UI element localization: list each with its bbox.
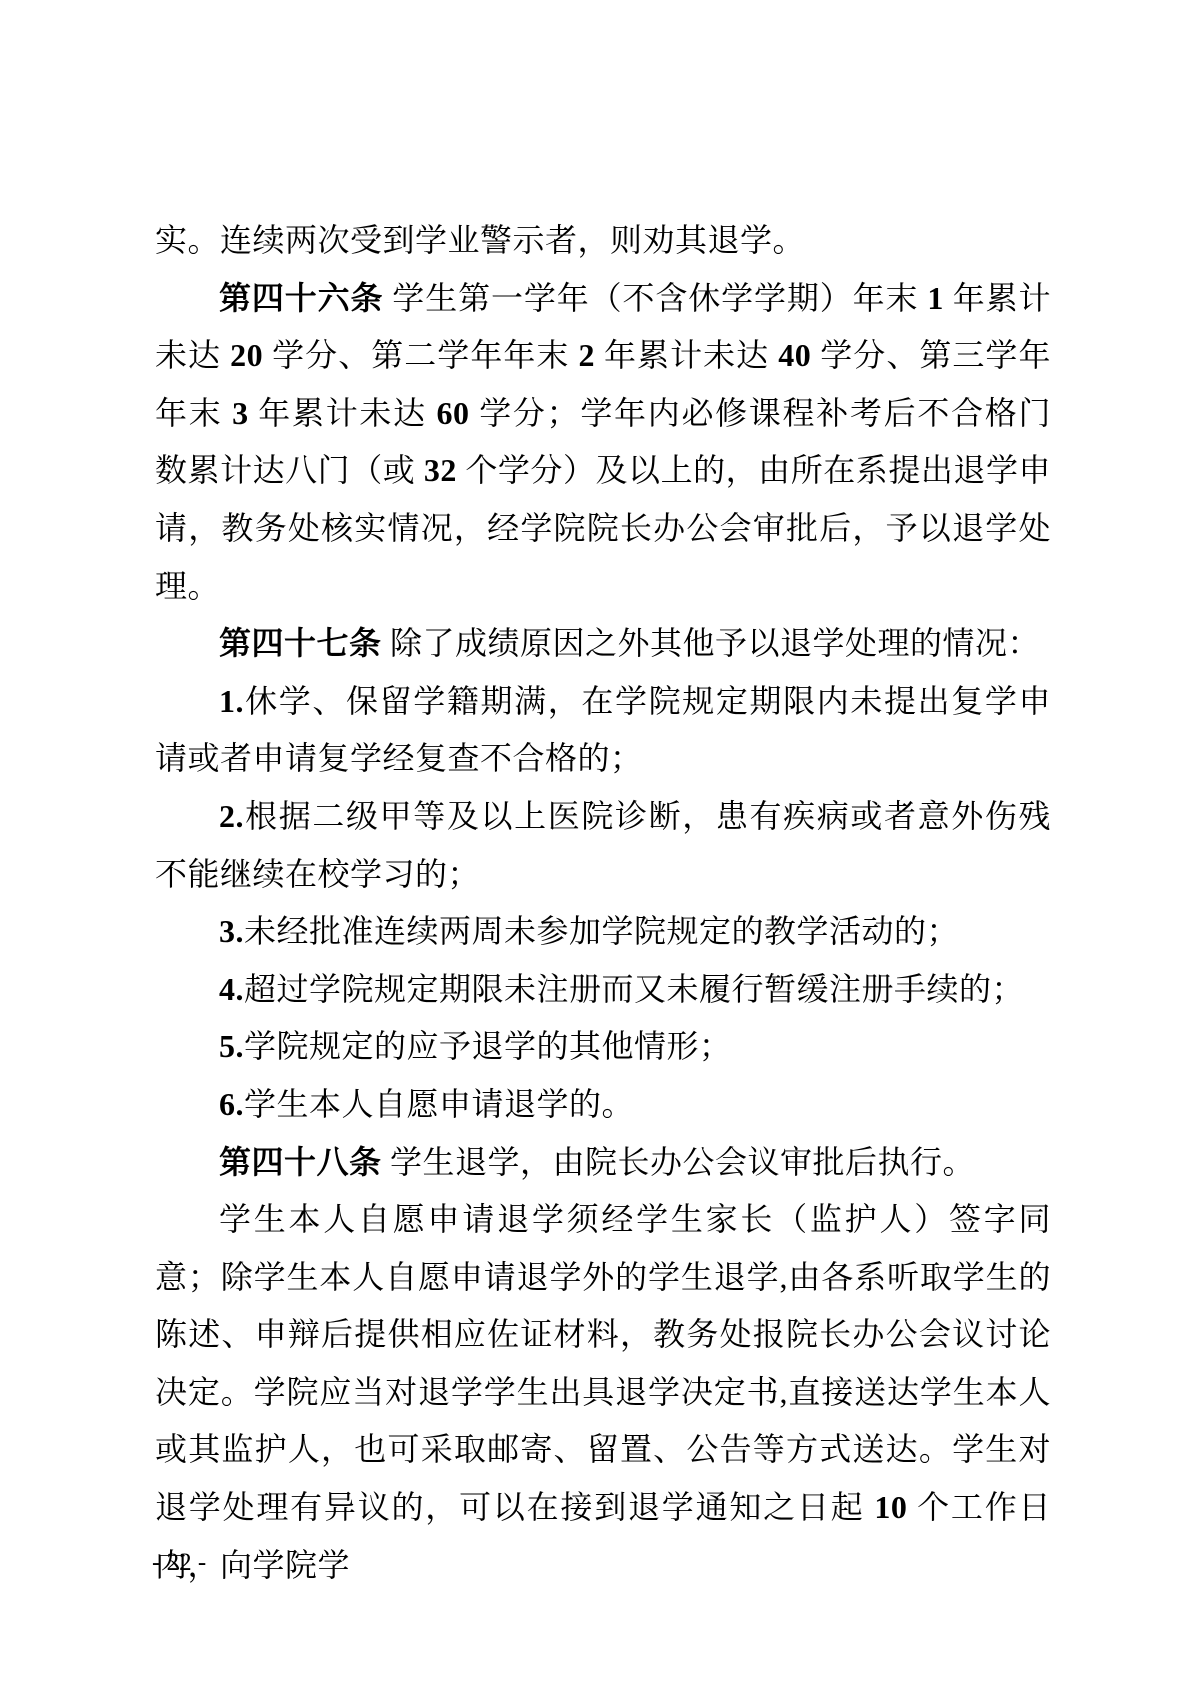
text-run: 超过学院规定期限未注册而又未履行暂缓注册手续的； <box>244 971 1024 1007</box>
paragraph: 实。连续两次受到学业警示者，则劝其退学。 <box>155 212 1051 270</box>
numeral: 6. <box>219 1086 244 1122</box>
paragraph: 学生本人自愿申请退学须经学生家长（监护人）签字同意；除学生本人自愿申请退学外的学… <box>155 1191 1051 1594</box>
article-heading: 第四十八条 <box>219 1144 382 1180</box>
paragraph: 第四十六条 学生第一学年（不含休学学期）年末 1 年累计未达 20 学分、第二学… <box>155 270 1051 616</box>
numeral: 60 <box>437 395 470 431</box>
numeral: 5. <box>219 1028 244 1064</box>
numeral: 2. <box>219 798 244 834</box>
paragraph: 1.休学、保留学籍期满，在学院规定期限内未提出复学申请或者申请复学经复查不合格的… <box>155 673 1051 788</box>
document-body: 实。连续两次受到学业警示者，则劝其退学。第四十六条 学生第一学年（不含休学学期）… <box>155 212 1051 1594</box>
article-heading: 第四十六条 <box>219 280 383 316</box>
text-run: 实。连续两次受到学业警示者，则劝其退学。 <box>155 222 805 258</box>
numeral: 32 <box>424 452 457 488</box>
text-run: 除了成绩原因之外其他予以退学处理的情况： <box>382 625 1041 661</box>
paragraph: 4.超过学院规定期限未注册而又未履行暂缓注册手续的； <box>155 961 1051 1019</box>
paragraph: 2.根据二级甲等及以上医院诊断，患有疾病或者意外伤残不能继续在校学习的； <box>155 788 1051 903</box>
numeral: 3. <box>219 913 244 949</box>
paragraph: 第四十七条 除了成绩原因之外其他予以退学处理的情况： <box>155 615 1051 673</box>
numeral: 2 <box>578 337 595 373</box>
text-run: 学生本人自愿申请退学须经学生家长（监护人）签字同意；除学生本人自愿申请退学外的学… <box>155 1201 1051 1525</box>
paragraph: 3.未经批准连续两周未参加学院规定的教学活动的； <box>155 903 1051 961</box>
page-number: - 22 - <box>152 1545 206 1581</box>
text-run: 学生第一学年（不含休学学期）年末 <box>383 280 927 316</box>
text-run: 学分、第二学年年末 <box>263 337 578 373</box>
text-run: 学生本人自愿申请退学的。 <box>244 1086 634 1122</box>
text-run: 未经批准连续两周未参加学院规定的教学活动的； <box>244 913 959 949</box>
numeral: 4. <box>219 971 244 1007</box>
article-heading: 第四十七条 <box>219 625 382 661</box>
paragraph: 6.学生本人自愿申请退学的。 <box>155 1076 1051 1134</box>
numeral: 1. <box>219 683 244 719</box>
text-run: 年累计未达 <box>595 337 778 373</box>
text-run: 学生退学，由院长办公会议审批后执行。 <box>382 1144 976 1180</box>
numeral: 40 <box>778 337 811 373</box>
text-run: 休学、保留学籍期满，在学院规定期限内未提出复学申请或者申请复学经复查不合格的； <box>155 683 1051 777</box>
paragraph: 第四十八条 学生退学，由院长办公会议审批后执行。 <box>155 1134 1051 1192</box>
numeral: 20 <box>230 337 263 373</box>
numeral: 3 <box>232 395 249 431</box>
document-page: 实。连续两次受到学业警示者，则劝其退学。第四十六条 学生第一学年（不含休学学期）… <box>0 0 1191 1684</box>
text-run: 学院规定的应予退学的其他情形； <box>244 1028 732 1064</box>
numeral: 1 <box>927 280 944 316</box>
paragraph: 5.学院规定的应予退学的其他情形； <box>155 1018 1051 1076</box>
numeral: 10 <box>874 1489 907 1525</box>
text-run: 年累计未达 <box>249 395 437 431</box>
text-run: 根据二级甲等及以上医院诊断，患有疾病或者意外伤残不能继续在校学习的； <box>155 798 1051 892</box>
